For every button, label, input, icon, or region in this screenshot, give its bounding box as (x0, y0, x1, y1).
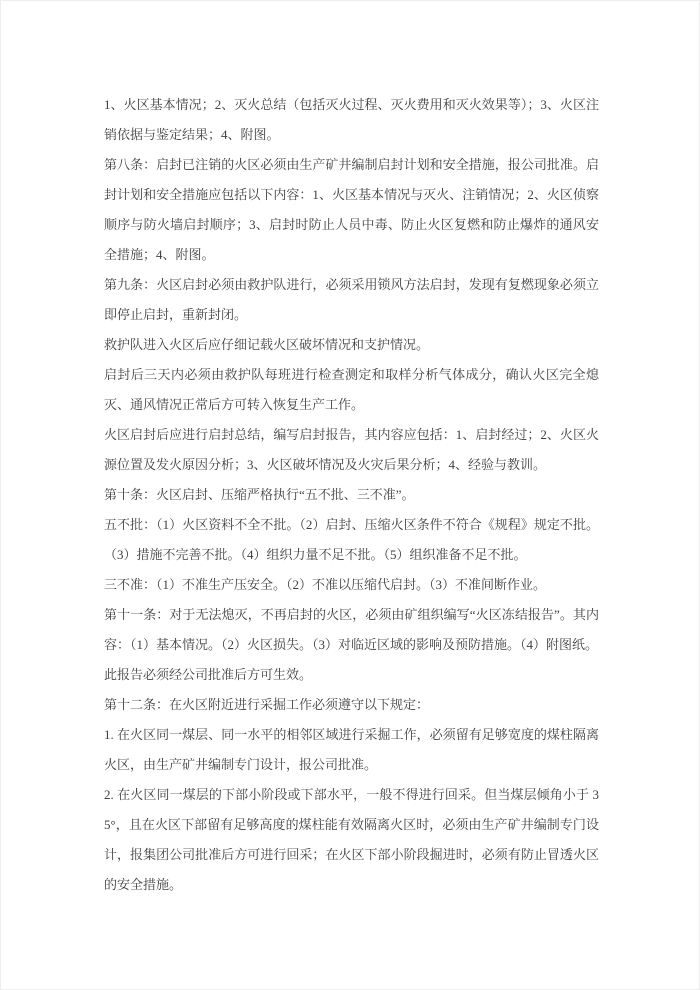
paragraph-post-unsealing-check: 启封后三天内必须由救护队每班进行检查测定和取样分析气体成分，确认火区完全熄灭、通… (104, 360, 599, 420)
paragraph-unsealing-report: 火区启封后应进行启封总结，编写启封报告，其内容应包括：1、启封经过；2、火区火源… (104, 420, 599, 480)
paragraph-article-8: 第八条：启封已注销的火区必须由生产矿井编制启封计划和安全措施，报公司批准。启封计… (104, 150, 599, 270)
paragraph-report-validity: 此报告必须经公司批准后方可生效。 (104, 660, 599, 690)
paragraph-list-items-closure: 1、火区基本情况；2、灭火总结（包括灭火过程、灭火费用和灭火效果等）；3、火区注… (104, 90, 599, 150)
document-page: 1、火区基本情况；2、灭火总结（包括灭火过程、灭火费用和灭火效果等）；3、火区注… (0, 0, 700, 990)
paragraph-article-12: 第十二条：在火区附近进行采掘工作必须遵守以下规定： (104, 690, 599, 720)
paragraph-rule-2: 2. 在火区同一煤层的下部小阶段或下部水平，一般不得进行回采。但当煤层倾角小于 … (104, 780, 599, 900)
paragraph-five-no-approvals: 五不批：（1）火区资料不全不批。（2）启封、压缩火区条件不符合《规程》规定不批。… (104, 510, 599, 570)
paragraph-rule-1: 1. 在火区同一煤层、同一水平的相邻区域进行采掘工作，必须留有足够宽度的煤柱隔离… (104, 720, 599, 780)
paragraph-article-9: 第九条：火区启封必须由救护队进行，必须采用锁风方法启封，发现有复燃现象必须立即停… (104, 270, 599, 330)
document-text-block: 1、火区基本情况；2、灭火总结（包括灭火过程、灭火费用和灭火效果等）；3、火区注… (104, 90, 599, 900)
paragraph-three-prohibitions: 三不准：（1）不准生产压安全。（2）不准以压缩代启封。（3）不准间断作业。 (104, 570, 599, 600)
paragraph-rescue-team-record: 救护队进入火区后应仔细记载火区破坏情况和支护情况。 (104, 330, 599, 360)
paragraph-article-10: 第十条：火区启封、压缩严格执行“五不批、三不准”。 (104, 480, 599, 510)
paragraph-article-11: 第十一条：对于无法熄灭，不再启封的火区，必须由矿组织编写“火区冻结报告”。其内容… (104, 600, 599, 660)
